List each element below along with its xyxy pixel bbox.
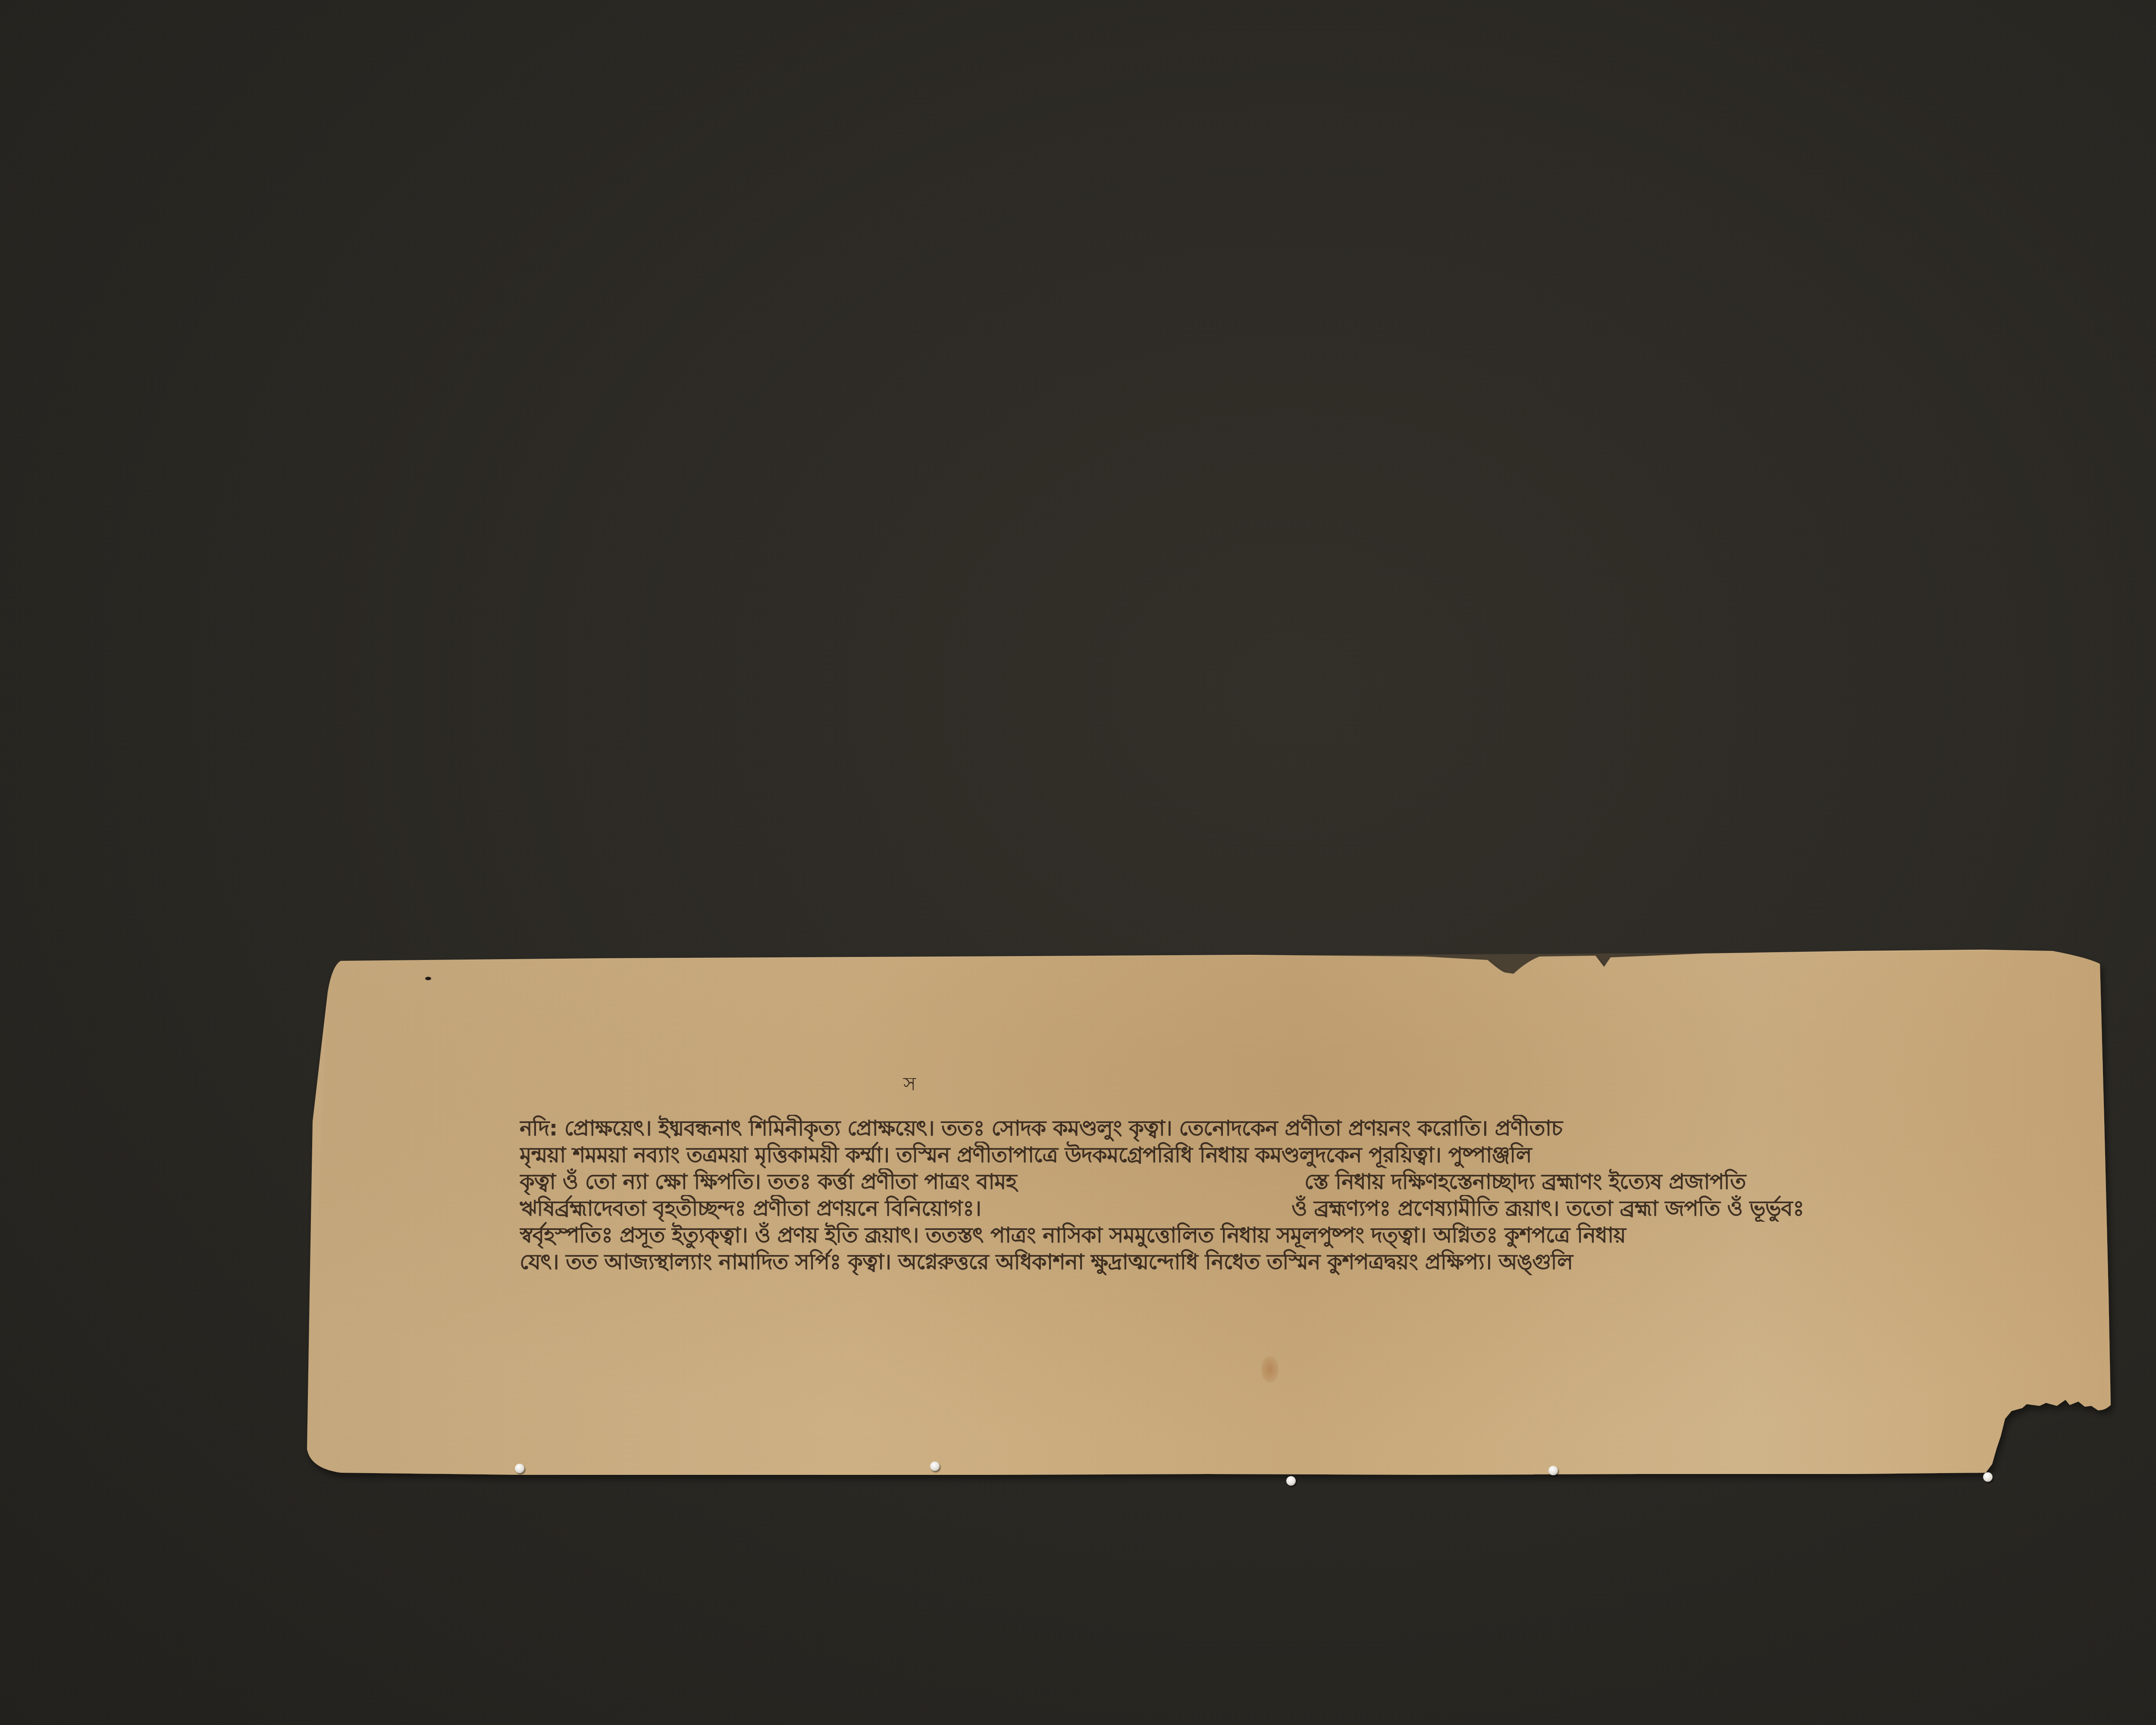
mounting-pin [515, 1464, 524, 1473]
mounting-pin [930, 1462, 940, 1471]
photo-scene: স নদি: প্রোক্ষয়েৎ। ইধ্মবন্ধনাৎ শিমিনীকৃ… [0, 0, 2156, 1725]
margin-mark: স [903, 1069, 916, 1101]
text-line-4-right: ওঁ ব্রহ্মণ্যপঃ প্রণেষ্যামীতি ব্রূয়াৎ। ত… [1291, 1195, 1990, 1222]
text-line-2-left: মৃন্ময়া শমময়া নব্যাং তত্রময়া মৃত্তিকা… [520, 1142, 1981, 1168]
text-line-5-left: স্বর্বৃহস্পতিঃ প্রসূত ইত্যুক্ত্বা। ওঁ প্… [520, 1222, 1986, 1248]
folio-paper-shape [0, 0, 2156, 1725]
text-line-4-left: ঋষির্ব্রহ্মাদেবতা বৃহতীচ্ছন্দঃ প্রণীতা প… [520, 1195, 1158, 1222]
paper-stain [1261, 1356, 1279, 1382]
mounting-pin [1286, 1476, 1296, 1486]
manuscript-folio: স নদি: প্রোক্ষয়েৎ। ইধ্মবন্ধনাৎ শিমিনীকৃ… [0, 0, 2156, 1725]
mounting-pin [1983, 1472, 1993, 1482]
text-line-1-left: নদি: প্রোক্ষয়েৎ। ইধ্মবন্ধনাৎ শিমিনীকৃত্… [520, 1115, 1977, 1142]
mounting-pin [1548, 1466, 1558, 1475]
text-line-3-left: কৃত্বা ওঁ তো ন্যা ক্ষো ক্ষিপতি। ততঃ কর্ত… [520, 1168, 1145, 1195]
text-line-6-left: যেৎ। তত আজ্যস্থাল্যাং নামাদিত সর্পিঃ কৃত… [520, 1248, 1986, 1275]
text-line-3-right: স্তে নিধায় দক্ষিণহস্তেনাচ্ছাদ্য ব্রহ্মা… [1304, 1168, 1986, 1195]
wormhole [425, 977, 431, 980]
